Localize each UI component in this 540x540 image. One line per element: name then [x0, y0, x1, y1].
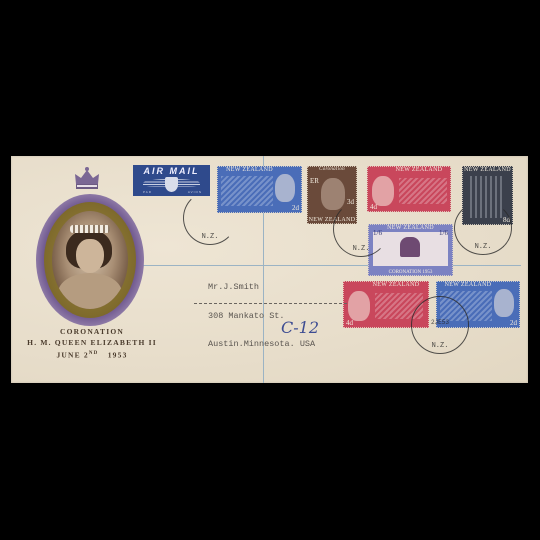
cachet-date: JUNE 2 [56, 351, 88, 360]
postmark-left: N.Z. [183, 191, 237, 245]
airmail-title: AIR MAIL [133, 166, 210, 176]
shield-icon [165, 177, 178, 192]
postmark-text: N.Z. [334, 245, 388, 253]
portrait-tiara [70, 225, 110, 233]
crown-icon [72, 166, 102, 192]
recipient-address: Mr.J.Smith 308 Mankato St. Austin.Minnes… [208, 264, 315, 369]
address-line-3: Austin.Minnesota. USA [208, 340, 315, 350]
stamp-red-top: NEW ZEALAND 4d [367, 166, 451, 212]
postmark-text: N.Z. [412, 342, 468, 350]
postmark-text: N.Z. [184, 233, 236, 241]
envelope: CORONATION H. M. QUEEN ELIZABETH II JUNE… [11, 156, 528, 383]
cachet-line-1: CORONATION [23, 326, 161, 337]
airmail-label: AIR MAIL PAR AVION [133, 165, 210, 196]
portrait-shoulders [58, 273, 122, 309]
registration-line-horizontal [140, 265, 521, 266]
cachet-year: 1953 [108, 351, 128, 360]
postmark-date: 2JE53 [412, 319, 468, 326]
postmark-mid: N.Z. [333, 201, 389, 257]
portrait-face [76, 239, 104, 273]
cachet-caption: CORONATION H. M. QUEEN ELIZABETH II JUNE… [23, 326, 161, 361]
postmark-text: N.Z. [455, 243, 511, 251]
cachet-line-2: H. M. QUEEN ELIZABETH II [23, 337, 161, 348]
stamp-perforation [367, 166, 451, 212]
handwritten-note: C-12 [281, 318, 319, 337]
postmark-bottom: 2JE53 N.Z. [411, 296, 469, 354]
cachet-date-suffix: ND [89, 351, 99, 356]
queen-portrait [52, 211, 128, 309]
postmark-right: N.Z. [454, 201, 512, 255]
airmail-small-left: PAR [143, 190, 152, 194]
typed-dashed-line [194, 303, 349, 304]
cachet-line-3: JUNE 2ND 1953 [23, 348, 161, 361]
address-line-1: Mr.J.Smith [208, 283, 315, 293]
